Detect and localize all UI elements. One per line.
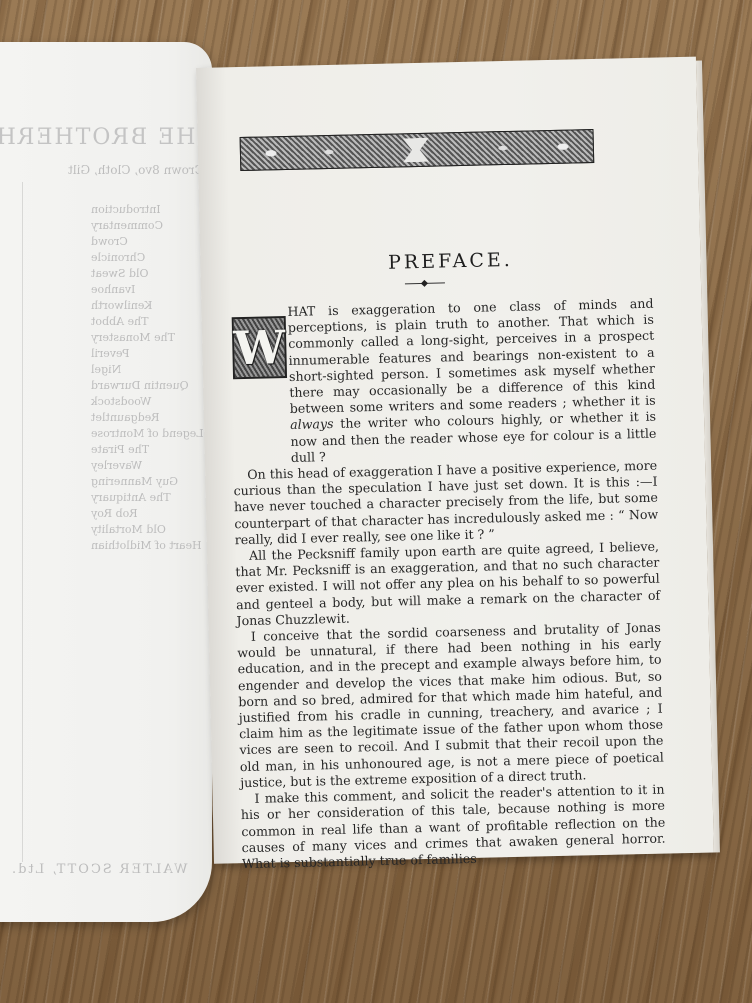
show-through-item: The Abbot <box>91 314 204 330</box>
show-through-item: Commentary <box>91 218 204 234</box>
paragraph-1-lead: HAT is exaggeration to one class of mind… <box>287 296 655 416</box>
page-margin-rule <box>22 182 23 862</box>
show-through-item: Guy Mannering <box>91 474 204 490</box>
show-through-item: Peveril <box>91 346 204 362</box>
paragraph-1: HAT is exaggeration to one class of mind… <box>229 296 657 468</box>
left-page: THE BROTHERHOOD Crown 8vo, Cloth, Gilt I… <box>0 42 212 922</box>
paragraph-1-italic: always <box>290 416 334 432</box>
show-through-item: Waverley <box>91 458 204 474</box>
show-through-item: Kenilworth <box>91 298 204 314</box>
show-through-title: THE BROTHERHOOD <box>0 130 212 146</box>
show-through-item: Redgauntlet <box>91 410 204 426</box>
show-through-item: The Pirate <box>91 442 204 458</box>
paragraph-1-tail: the writer who colours highly, or whethe… <box>290 409 656 465</box>
show-through-item: Nigel <box>91 362 204 378</box>
show-through-item: Quentin Durward <box>91 378 204 394</box>
paragraph-4: I conceive that the sordid coarseness an… <box>237 620 665 792</box>
right-page: PREFACE. W HAT is exaggeration to one cl… <box>196 57 714 864</box>
paragraph-5: I make this comment, and solicit the rea… <box>240 782 666 873</box>
show-through-item: Rob Roy <box>91 506 204 522</box>
show-through-footer: WALTER SCOTT, Ltd. <box>10 862 188 878</box>
show-through-item: Old Mortality <box>91 522 204 538</box>
ornamental-headpiece-icon <box>240 129 595 171</box>
preface-body: HAT is exaggeration to one class of mind… <box>229 296 666 873</box>
page-title: PREFACE. <box>200 245 700 278</box>
show-through-item: Woodstock <box>91 394 204 410</box>
show-through-item: Ivanhoe <box>91 282 204 298</box>
show-through-list: Introduction Commentary Crowd Chronicle … <box>91 202 204 554</box>
show-through-item: The Monastery <box>91 330 204 346</box>
headpiece-center-ornament <box>403 138 430 163</box>
show-through-item: Heart of Midlothian <box>91 538 204 554</box>
show-through-item: The Antiquary <box>91 490 204 506</box>
show-through-item: Legend of Montrose <box>91 426 204 442</box>
show-through-item: Introduction <box>91 202 204 218</box>
title-divider <box>405 282 445 284</box>
paragraph-2: On this head of exaggeration I have a po… <box>233 458 659 549</box>
show-through-item: Old Sweat <box>91 266 204 282</box>
show-through-subtitle: Crown 8vo, Cloth, Gilt <box>68 162 204 178</box>
show-through-item: Chronicle <box>91 250 204 266</box>
paragraph-3: All the Pecksniff family upon earth are … <box>235 539 661 630</box>
show-through-item: Crowd <box>91 234 204 250</box>
